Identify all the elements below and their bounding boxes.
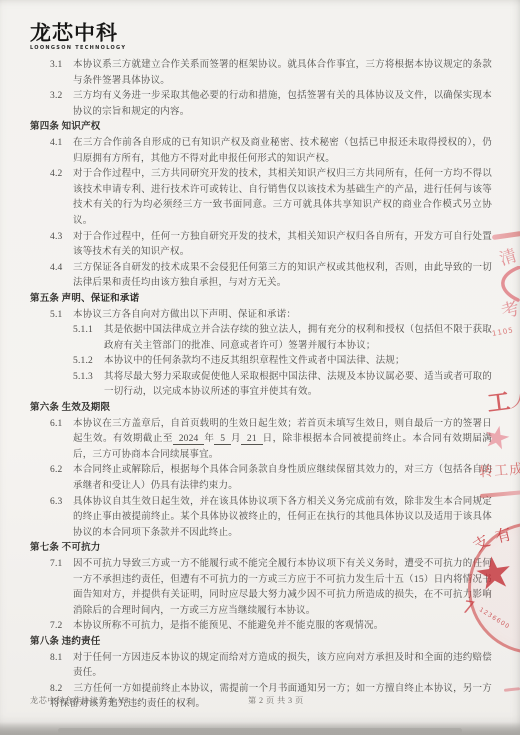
clause-text: 因不可抗力导致三方或一方不能履行或不能完全履行本协议项下有关义务时，遭受不可抗力… xyxy=(73,559,492,616)
clause-text: 本协议三方各自向对方做出以下声明、保证和承诺： xyxy=(73,310,296,320)
clause-number: 4.3 xyxy=(50,230,62,246)
clause-4.2: 4.2对于合作过程中，三方共同研究开发的技术，其相关知识产权归三方共同所有，任何… xyxy=(30,167,492,229)
clause-number: 3.1 xyxy=(50,58,62,74)
clause-number: 3.2 xyxy=(50,89,62,105)
seal-stroke-fragment xyxy=(492,231,520,240)
filled-blank: 21 xyxy=(241,434,263,445)
clause-text: 对于任何一方因违反本协议的规定而给对方造成的损失，该方应向对方承担及时和全面的违… xyxy=(73,653,492,679)
clause-text: 对于合作过程中，任何一方独自研究开发的技术，其相关知识产权归各自所有，开发方可自… xyxy=(73,232,492,258)
clause-6.2: 6.2本合同终止或解除后，根据每个具体合同条款自身性质应继续保留其效力的，对三方… xyxy=(30,463,492,494)
clause-text: 其是依据中国法律成立并合法存续的独立法人，拥有充分的权利和授权（包括但不限于获取… xyxy=(104,325,492,351)
footer-page-number: 第 2 页 共 3 页 xyxy=(248,695,304,706)
section-heading: 第七条 不可抗力 xyxy=(30,541,492,557)
clause-3.1: 3.1本协议系三方就建立合作关系而签署的框架协议。就具体合作事宜，三方将根据本协… xyxy=(30,58,492,89)
clause-number: 6.3 xyxy=(50,495,62,511)
filled-blank: 5 xyxy=(214,434,231,445)
seal-stroke-fragment xyxy=(504,687,520,692)
section-heading: 第八条 违约责任 xyxy=(30,635,492,651)
footer-doc-title: 龙芯中科合作协议范本 V3 xyxy=(30,695,129,706)
scan-bottom-edge xyxy=(0,722,520,735)
clause-text: 在三方合作前各自形成的已有知识产权及商业秘密、技术秘密（包括已申报还未取得授权的… xyxy=(73,138,492,164)
clause-5.1: 5.1本协议三方各自向对方做出以下声明、保证和承诺： xyxy=(30,308,492,324)
clause-text: 其将尽最大努力采取或促使他人采取根据中国法律、法规及本协议属必要、适当或者可取的… xyxy=(104,372,492,398)
clause-text: 本协议中的任何条款均不违反其组织章程性文件或者中国法律、法规； xyxy=(104,356,405,366)
clause-number: 4.1 xyxy=(50,136,62,152)
clause-text: 本协议系三方就建立合作关系而签署的框架协议。就具体合作事宜，三方将根据本协议规定… xyxy=(73,60,492,86)
star-icon: ★ xyxy=(480,418,515,459)
clause-number: 4.4 xyxy=(50,261,62,277)
clause-3.2: 3.2三方均有义务进一步采取其他必要的行动和措施，包括签署有关的具体协议及文件，… xyxy=(30,89,492,120)
clause-text: 对于合作过程中，三方共同研究开发的技术，其相关知识产权归三方共同所有，任何一方均… xyxy=(73,169,492,226)
seal-character-fragment: 人 xyxy=(510,386,520,415)
section-heading: 第六条 生效及期限 xyxy=(30,401,492,417)
clause-number: 5.1.2 xyxy=(73,354,93,370)
clause-5.1.1: 5.1.1其是依据中国法律成立并合法存续的独立法人，拥有充分的权利和授权（包括但… xyxy=(30,323,492,354)
filled-blank: 2024 xyxy=(173,434,205,445)
clause-text: 本协议在三方盖章后，自首页载明的生效日起生效；若首页未填写生效日，则自最后一方的… xyxy=(73,419,492,460)
seal-character-fragment: 转工成 xyxy=(478,458,520,481)
logo-cn-text: 龙芯中科 xyxy=(30,22,126,43)
clause-number: 5.1.1 xyxy=(73,323,93,339)
clause-text: 本合同终止或解除后，根据每个具体合同条款自身性质应继续保留其效力的，对三方（包括… xyxy=(73,465,492,491)
clause-text: 三方均有义务进一步采取其他必要的行动和措施，包括签署有关的具体协议及文件，以确保… xyxy=(73,91,492,117)
clause-5.1.3: 5.1.3其将尽最大努力采取或促使他人采取根据中国法律、法规及本协议属必要、适当… xyxy=(30,370,492,401)
clause-text: 本协议所称不可抗力，是指不能预见、不能避免并不能克服的客观情况。 xyxy=(73,621,383,631)
clause-4.3: 4.3对于合作过程中，任何一方独自研究开发的技术，其相关知识产权归各自所有，开发… xyxy=(30,230,492,261)
clause-number: 8.2 xyxy=(50,684,62,694)
clause-number: 8.1 xyxy=(50,651,62,667)
clause-5.1.2: 5.1.2本协议中的任何条款均不违反其组织章程性文件或者中国法律、法规； xyxy=(30,354,492,370)
clause-number: 5.1 xyxy=(50,308,62,324)
clause-number: 7.2 xyxy=(50,619,62,635)
clause-number: 7.1 xyxy=(50,557,62,573)
clause-7.1: 7.1因不可抗力导致三方或一方不能履行或不能完全履行本协议项下有关义务时，遭受不… xyxy=(30,557,492,619)
clause-6.1: 6.1本协议在三方盖章后，自首页载明的生效日起生效；若首页未填写生效日，则自最后… xyxy=(30,417,492,464)
clause-text: 三方保证各自研发的技术成果不会侵犯任何第三方的知识产权或其他权利，否则，由此导致… xyxy=(73,263,492,289)
clause-4.4: 4.4三方保证各自研发的技术成果不会侵犯任何第三方的知识产权或其他权利，否则，由… xyxy=(30,261,492,292)
contract-body: 3.1本协议系三方就建立合作关系而签署的框架协议。就具体合作事宜，三方将根据本协… xyxy=(30,58,492,713)
seal-character-fragment: 工 xyxy=(485,383,512,419)
clause-4.1: 4.1在三方合作前各自形成的已有知识产权及商业秘密、技术秘密（包括已申报还未取得… xyxy=(30,136,492,167)
loongson-logo: 龙芯中科 LOONGSON TECHNOLOGY xyxy=(30,22,126,51)
clause-number: 6.1 xyxy=(50,417,62,433)
scanned-contract-page: 龙芯中科 LOONGSON TECHNOLOGY 3.1本协议系三方就建立合作关… xyxy=(0,0,520,735)
logo-en-text: LOONGSON TECHNOLOGY xyxy=(30,45,126,51)
clause-number: 5.1.3 xyxy=(73,370,93,386)
star-icon: ★ xyxy=(471,546,517,602)
seal-character-fragment: 考 xyxy=(498,294,520,324)
seal-number-fragment: 1105 xyxy=(491,326,514,338)
clause-text: 具体协议自其生效日起生效，并在该具体协议项下各方相关义务完成前有效，除非发生本合… xyxy=(73,497,492,538)
clause-6.3: 6.3具体协议自其生效日起生效，并在该具体协议项下各方相关义务完成前有效，除非发… xyxy=(30,495,492,542)
section-heading: 第五条 声明、保证和承诺 xyxy=(30,292,492,308)
section-heading: 第四条 知识产权 xyxy=(30,120,492,136)
clause-number: 4.2 xyxy=(50,167,62,183)
clause-7.2: 7.2本协议所称不可抗力，是指不能预见、不能避免并不能克服的客观情况。 xyxy=(30,619,492,635)
clause-8.1: 8.1对于任何一方因违反本协议的规定而给对方造成的损失，该方应向对方承担及时和全… xyxy=(30,651,492,682)
clause-number: 6.2 xyxy=(50,463,62,479)
